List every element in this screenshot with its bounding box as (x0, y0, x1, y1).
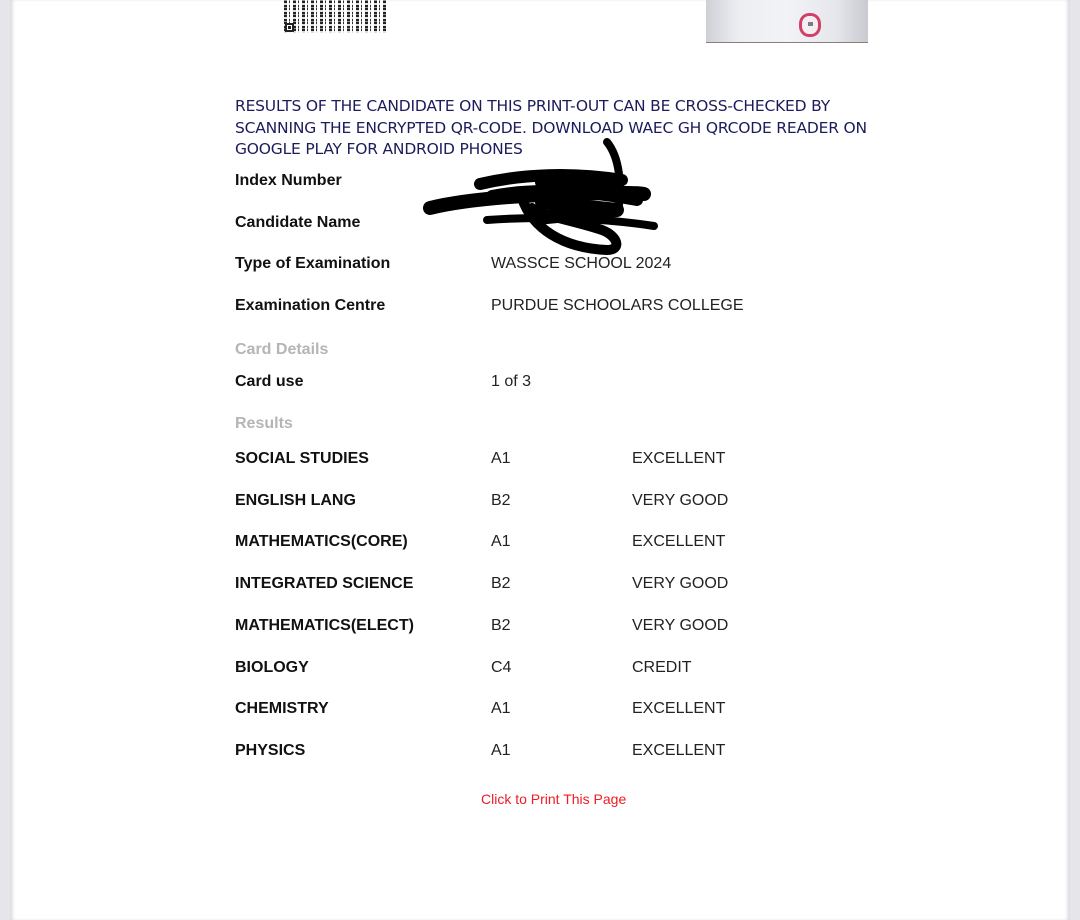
subject-name: MATHEMATICS(ELECT) (235, 617, 414, 635)
qr-code-image (284, 0, 388, 33)
subject-remark: EXCELLENT (632, 450, 725, 468)
card-use-label: Card use (235, 373, 303, 391)
school-badge-icon (799, 13, 821, 37)
subject-name: SOCIAL STUDIES (235, 450, 369, 468)
subject-name: ENGLISH LANG (235, 492, 356, 510)
subject-name: CHEMISTRY (235, 700, 329, 718)
subject-remark: EXCELLENT (632, 533, 725, 551)
candidate-name-label: Candidate Name (235, 214, 360, 232)
results-heading: Results (235, 415, 293, 433)
subject-grade: B2 (491, 617, 511, 635)
subject-remark: CREDIT (632, 659, 692, 677)
exam-centre-label: Examination Centre (235, 297, 385, 315)
subject-grade: C4 (491, 659, 511, 677)
subject-name: BIOLOGY (235, 659, 309, 677)
subject-grade: B2 (491, 492, 511, 510)
exam-type-value: WASSCE SCHOOL 2024 (491, 255, 671, 273)
result-slip-page: RESULTS OF THE CANDIDATE ON THIS PRINT-O… (10, 0, 1070, 920)
subject-grade: A1 (491, 533, 511, 551)
qr-finder-pattern (285, 23, 294, 32)
redaction-scribble (422, 138, 662, 256)
subject-grade: A1 (491, 450, 511, 468)
card-details-heading: Card Details (235, 341, 328, 359)
candidate-photo (706, 0, 868, 43)
subject-remark: VERY GOOD (632, 617, 728, 635)
subject-remark: VERY GOOD (632, 492, 728, 510)
subject-grade: A1 (491, 700, 511, 718)
subject-name: INTEGRATED SCIENCE (235, 575, 413, 593)
subject-name: MATHEMATICS(CORE) (235, 533, 408, 551)
print-page-link[interactable]: Click to Print This Page (481, 791, 626, 807)
card-use-value: 1 of 3 (491, 373, 531, 391)
index-number-label: Index Number (235, 172, 342, 190)
subject-remark: EXCELLENT (632, 700, 725, 718)
exam-type-label: Type of Examination (235, 255, 390, 273)
subject-grade: A1 (491, 742, 511, 760)
exam-centre-value: PURDUE SCHOOLARS COLLEGE (491, 297, 744, 315)
subject-grade: B2 (491, 575, 511, 593)
subject-remark: VERY GOOD (632, 575, 728, 593)
subject-remark: EXCELLENT (632, 742, 725, 760)
subject-name: PHYSICS (235, 742, 305, 760)
